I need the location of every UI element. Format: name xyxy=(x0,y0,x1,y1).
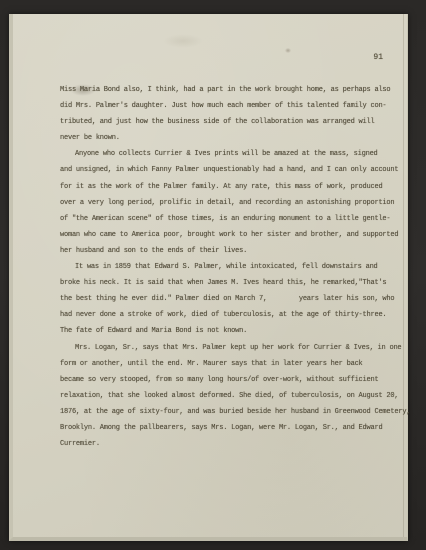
text-line: broke his neck. It is said that when Jam… xyxy=(60,275,401,291)
text-line: tributed, and just how the business side… xyxy=(60,114,401,130)
document-page: 91 Miss Maria Bond also, I think, had a … xyxy=(9,14,408,541)
text-line: of "the American scene" of those times, … xyxy=(60,211,401,227)
text-line: Anyone who collects Currier & Ives print… xyxy=(60,146,401,162)
text-line: became so very stooped, from so many lon… xyxy=(60,372,401,388)
paper-edge-line xyxy=(403,14,404,537)
text-line: Miss Maria Bond also, I think, had a par… xyxy=(60,82,401,98)
text-line: woman who came to America poor, brought … xyxy=(60,227,401,243)
text-line: Mrs. Logan, Sr., says that Mrs. Palmer k… xyxy=(60,340,401,356)
paper-spot xyxy=(285,48,291,53)
text-line: The fate of Edward and Maria Bond is not… xyxy=(60,323,401,339)
text-line: relaxation, that she looked almost defor… xyxy=(60,388,401,404)
text-line: form or another, until the end. Mr. Maur… xyxy=(60,356,401,372)
text-line: It was in 1859 that Edward S. Palmer, wh… xyxy=(60,259,401,275)
text-line: her husband and son to the ends of their… xyxy=(60,243,401,259)
text-line: 1876, at the age of sixty-four, and was … xyxy=(60,404,401,420)
text-line: never be known. xyxy=(60,130,401,146)
text-line: over a very long period, prolific in det… xyxy=(60,195,401,211)
text-line: did Mrs. Palmer's daughter. Just how muc… xyxy=(60,98,401,114)
paper-shading xyxy=(163,34,203,48)
text-line: Brooklyn. Among the pallbearers, says Mr… xyxy=(60,420,401,436)
page-number: 91 xyxy=(373,53,383,62)
text-line: for it as the work of the Palmer family.… xyxy=(60,179,401,195)
text-line: the best thing he ever did." Palmer died… xyxy=(60,291,401,307)
typewritten-text: Miss Maria Bond also, I think, had a par… xyxy=(60,82,401,452)
text-line: and unsigned, in which Fanny Palmer unqu… xyxy=(60,162,401,178)
photo-background: 91 Miss Maria Bond also, I think, had a … xyxy=(0,0,426,550)
text-line: Curremier. xyxy=(60,436,401,452)
text-line: had never done a stroke of work, died of… xyxy=(60,307,401,323)
